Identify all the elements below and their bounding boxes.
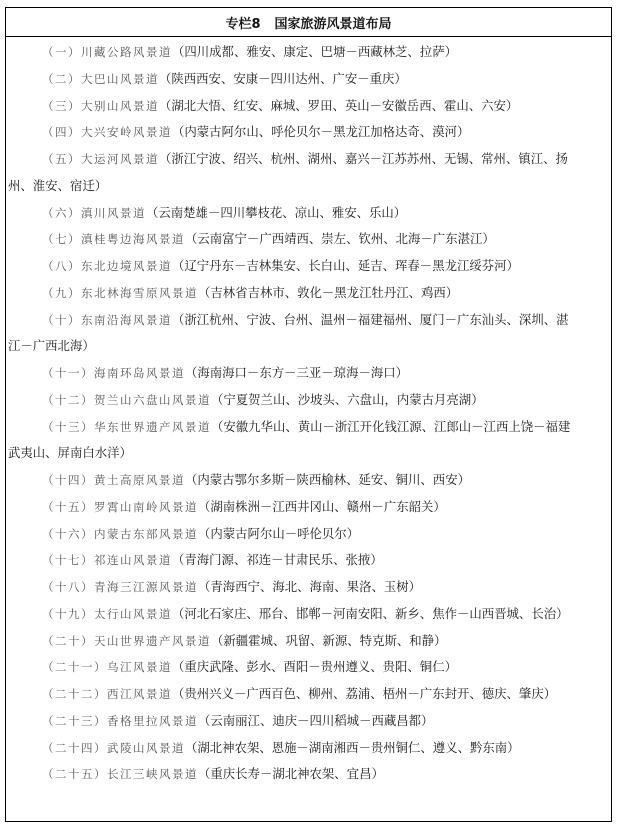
route-places: （重庆长寿－湖北神农架、宜昌） [198, 766, 384, 781]
route-name: 内蒙古东部风景道 [94, 527, 198, 541]
route-index: （七） [42, 232, 81, 246]
route-index: （十） [42, 313, 81, 327]
route-index: （六） [42, 206, 81, 220]
route-name: 大兴安岭风景道 [81, 125, 172, 139]
route-item: （十七）祁连山风景道（青海门源、祁连－甘肃民乐、张掖） [6, 547, 611, 574]
route-name: 长江三峡风景道 [107, 767, 198, 781]
route-places: （内蒙古鄂尔多斯－陕西榆林、延安、铜川、西安） [185, 472, 470, 487]
route-index: （二十一） [42, 660, 107, 674]
route-places-continuation: 江－广西北海） [6, 333, 611, 360]
route-name: 贺兰山六盘山风景道 [94, 393, 211, 407]
route-item: （十五）罗霄山南岭风景道（湖南株洲－江西井冈山、赣州－广东韶关） [6, 494, 611, 521]
route-name: 大运河风景道 [81, 152, 159, 166]
route-name: 滇川风景道 [81, 206, 146, 220]
route-name: 大别山风景道 [81, 99, 159, 113]
route-name: 滇桂粤边海风景道 [81, 232, 185, 246]
route-places: （浙江宁波、绍兴、杭州、湖州、嘉兴－江苏苏州、无锡、常州、镇江、扬 [159, 151, 568, 166]
route-name: 香格里拉风景道 [107, 714, 198, 728]
scenic-byway-table: 专栏8 国家旅游风景道布局 （一）川藏公路风景道（四川成都、雅安、康定、巴塘－西… [5, 7, 612, 822]
route-name: 大巴山风景道 [81, 72, 159, 86]
route-places: （青海门源、祁连－甘肃民乐、张掖） [172, 552, 383, 567]
route-index: （十二） [42, 393, 94, 407]
route-name: 西江风景道 [107, 687, 172, 701]
route-places: （云南丽江、迪庆－四川稻城－西藏昌都） [198, 713, 433, 728]
route-item: （七）滇桂粤边海风景道（云南富宁－广西靖西、崇左、钦州、北海－广东湛江） [6, 226, 611, 253]
route-item: （六）滇川风景道（云南楚雄－四川攀枝花、凉山、雅安、乐山） [6, 200, 611, 227]
route-item: （十九）太行山风景道（河北石家庄、邢台、邯郸－河南安阳、新乡、焦作－山西晋城、长… [6, 601, 611, 628]
route-name: 祁连山风景道 [94, 553, 172, 567]
route-item: （十六）内蒙古东部风景道（内蒙古阿尔山－呼伦贝尔） [6, 521, 611, 548]
route-item: （十四）黄土高原风景道（内蒙古鄂尔多斯－陕西榆林、延安、铜川、西安） [6, 467, 611, 494]
route-places: （湖北大悟、红安、麻城、罗田、英山－安徽岳西、霍山、六安） [159, 98, 518, 113]
route-item: （三）大别山风景道（湖北大悟、红安、麻城、罗田、英山－安徽岳西、霍山、六安） [6, 93, 611, 120]
route-item: （四）大兴安岭风景道（内蒙古阿尔山、呼伦贝尔－黑龙江加格达奇、漠河） [6, 119, 611, 146]
route-name: 青海三江源风景道 [94, 580, 198, 594]
route-index: （三） [42, 99, 81, 113]
route-places: （内蒙古阿尔山－呼伦贝尔） [198, 526, 359, 541]
route-name: 川藏公路风景道 [81, 45, 172, 59]
route-places: （陕西西安、安康－四川达州、广安－重庆） [159, 71, 407, 86]
route-index: （十七） [42, 553, 94, 567]
route-places: （安徽九华山、黄山－浙江开化钱江源、江郎山－江西上饶－福建 [211, 419, 570, 434]
route-item: （二十一）乌江风景道（重庆武隆、彭水、酉阳－贵州遵义、贵阳、铜仁） [6, 654, 611, 681]
table-title: 国家旅游风景道布局 [275, 13, 392, 32]
route-item: （十二）贺兰山六盘山风景道（宁夏贺兰山、沙坡头、六盘山，内蒙古月亮湖） [6, 387, 611, 414]
route-index: （八） [42, 259, 81, 273]
route-index: （二） [42, 72, 81, 86]
route-places: （吉林省吉林市、敦化－黑龙江牡丹江、鸡西） [198, 285, 458, 300]
route-index: （二十四） [42, 741, 107, 755]
route-item: （十八）青海三江源风景道（青海西宁、海北、海南、果洛、玉树） [6, 574, 611, 601]
route-name: 黄土高原风景道 [94, 473, 185, 487]
route-index: （二十三） [42, 714, 107, 728]
route-item: （一）川藏公路风景道（四川成都、雅安、康定、巴塘－西藏林芝、拉萨） [6, 39, 611, 66]
route-places: （海南海口－东方－三亚－琼海－海口） [185, 365, 408, 380]
route-name: 东北边境风景道 [81, 259, 172, 273]
route-index: （十八） [42, 580, 94, 594]
route-item: （五）大运河风景道（浙江宁波、绍兴、杭州、湖州、嘉兴－江苏苏州、无锡、常州、镇江… [6, 146, 611, 173]
route-places: （湖北神农架、恩施－湖南湘西－贵州铜仁、遵义、黔东南） [185, 740, 520, 755]
route-index: （二十五） [42, 767, 107, 781]
route-index: （九） [42, 286, 81, 300]
route-places: （云南富宁－广西靖西、崇左、钦州、北海－广东湛江） [185, 231, 495, 246]
table-header: 专栏8 国家旅游风景道布局 [6, 8, 611, 37]
route-index: （十九） [42, 607, 94, 621]
route-item: （二十四）武陵山风景道（湖北神农架、恩施－湖南湘西－贵州铜仁、遵义、黔东南） [6, 735, 611, 762]
route-places-continuation: 武夷山、屏南白水洋） [6, 440, 611, 467]
route-places: （浙江杭州、宁波、台州、温州－福建福州、厦门－广东汕头、深圳、湛 [172, 312, 569, 327]
route-places: （宁夏贺兰山、沙坡头、六盘山，内蒙古月亮湖） [211, 392, 484, 407]
route-name: 海南环岛风景道 [94, 366, 185, 380]
route-item: （八）东北边境风景道（辽宁丹东－吉林集安、长白山、延吉、珲春－黑龙江绥芬河） [6, 253, 611, 280]
route-index: （二十） [42, 634, 94, 648]
route-name: 天山世界遗产风景道 [94, 634, 211, 648]
route-index: （十三） [42, 420, 94, 434]
route-index: （五） [42, 152, 81, 166]
route-index: （十一） [42, 366, 94, 380]
route-places: （内蒙古阿尔山、呼伦贝尔－黑龙江加格达奇、漠河） [172, 124, 469, 139]
route-index: （十五） [42, 500, 94, 514]
route-index: （二十二） [42, 687, 107, 701]
route-places: （湖南株洲－江西井冈山、赣州－广东韶关） [198, 499, 446, 514]
route-index: （十六） [42, 527, 94, 541]
route-name: 罗霄山南岭风景道 [94, 500, 198, 514]
route-name: 东北林海雪原风景道 [81, 286, 198, 300]
route-name: 太行山风景道 [94, 607, 172, 621]
route-item: （二十三）香格里拉风景道（云南丽江、迪庆－四川稻城－西藏昌都） [6, 708, 611, 735]
route-places: （新疆霍城、巩留、新源、特克斯、和静） [211, 633, 446, 648]
route-places: （辽宁丹东－吉林集安、长白山、延吉、珲春－黑龙江绥芬河） [172, 258, 519, 273]
route-index: （一） [42, 45, 81, 59]
route-item: （十）东南沿海风景道（浙江杭州、宁波、台州、温州－福建福州、厦门－广东汕头、深圳… [6, 307, 611, 334]
route-item: （二十）天山世界遗产风景道（新疆霍城、巩留、新源、特克斯、和静） [6, 628, 611, 655]
route-item: （二）大巴山风景道（陕西西安、安康－四川达州、广安－重庆） [6, 66, 611, 93]
route-name: 东南沿海风景道 [81, 313, 172, 327]
route-places: （云南楚雄－四川攀枝花、凉山、雅安、乐山） [146, 205, 406, 220]
route-name: 乌江风景道 [107, 660, 172, 674]
route-index: （四） [42, 125, 81, 139]
route-list: （一）川藏公路风景道（四川成都、雅安、康定、巴塘－西藏林芝、拉萨）（二）大巴山风… [6, 37, 611, 788]
route-places: （河北石家庄、邢台、邯郸－河南安阳、新乡、焦作－山西晋城、长治） [172, 606, 569, 621]
route-places-continuation: 州、淮安、宿迁） [6, 173, 611, 200]
route-index: （十四） [42, 473, 94, 487]
column-label: 专栏8 [225, 13, 260, 32]
route-item: （二十五）长江三峡风景道（重庆长寿－湖北神农架、宜昌） [6, 761, 611, 788]
route-places: （重庆武隆、彭水、酉阳－贵州遵义、贵阳、铜仁） [172, 659, 457, 674]
route-item: （九）东北林海雪原风景道（吉林省吉林市、敦化－黑龙江牡丹江、鸡西） [6, 280, 611, 307]
route-places: （贵州兴义－广西百色、柳州、荔浦、梧州－广东封开、德庆、肇庆） [172, 686, 556, 701]
route-item: （十三）华东世界遗产风景道（安徽九华山、黄山－浙江开化钱江源、江郎山－江西上饶－… [6, 414, 611, 441]
route-name: 华东世界遗产风景道 [94, 420, 211, 434]
route-item: （二十二）西江风景道（贵州兴义－广西百色、柳州、荔浦、梧州－广东封开、德庆、肇庆… [6, 681, 611, 708]
route-places: （四川成都、雅安、康定、巴塘－西藏林芝、拉萨） [172, 44, 457, 59]
route-places: （青海西宁、海北、海南、果洛、玉树） [198, 579, 421, 594]
route-name: 武陵山风景道 [107, 741, 185, 755]
route-item: （十一）海南环岛风景道（海南海口－东方－三亚－琼海－海口） [6, 360, 611, 387]
